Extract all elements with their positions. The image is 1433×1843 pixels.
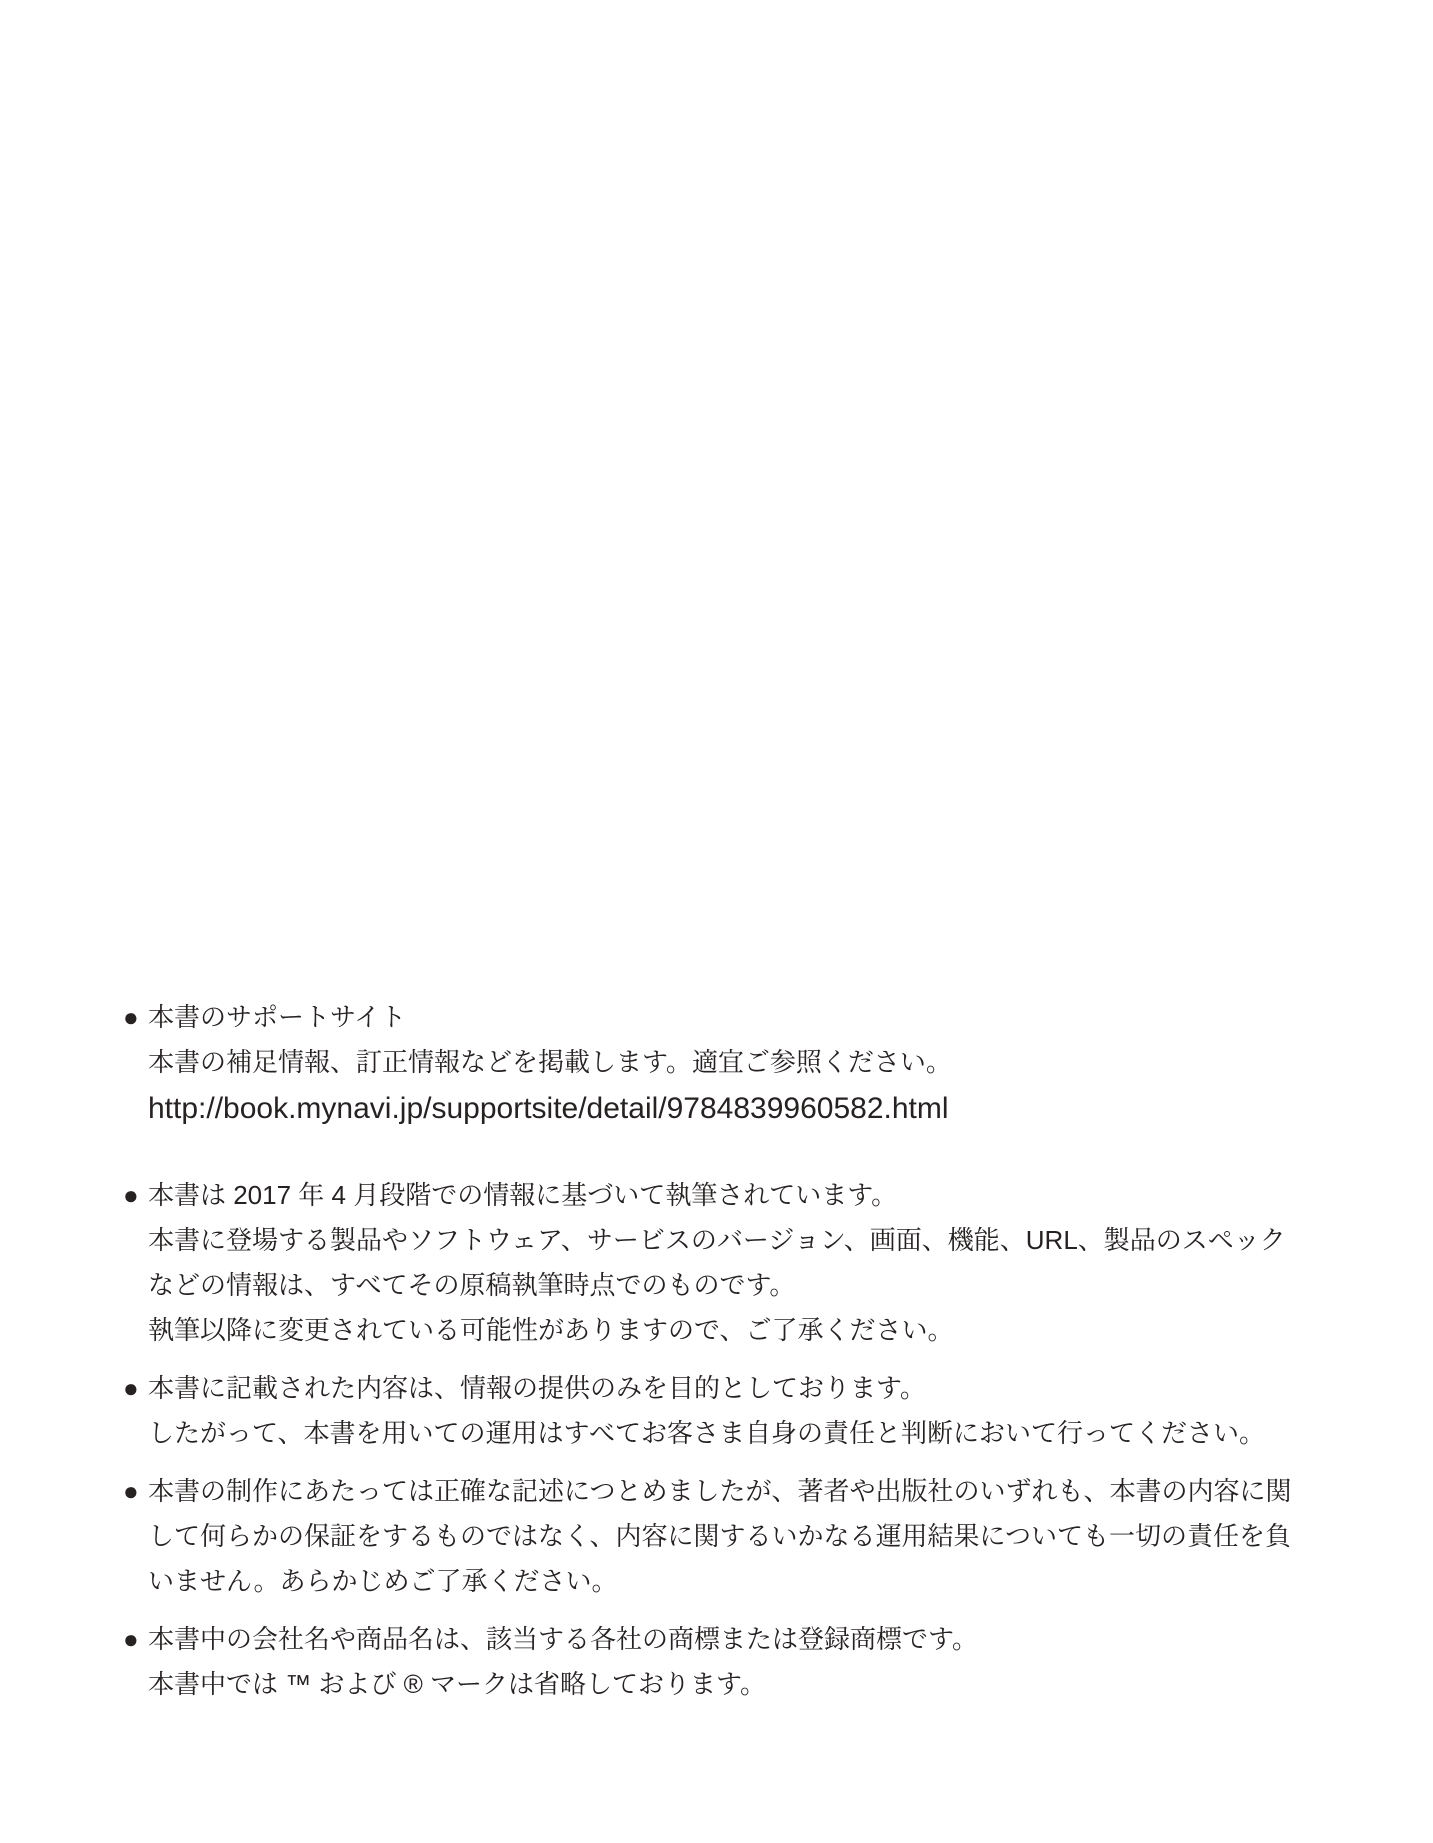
notes-block: ● 本書のサポートサイト 本書の補足情報、訂正情報などを掲載します。適宜ご参照く… [123, 995, 1393, 1720]
note-line: 本書に登場する製品やソフトウェア、サービスのバージョン、画面、機能、URL、製品… [148, 1218, 1393, 1263]
note-line: して何らかの保証をするものではなく、内容に関するいかなる運用結果についても一切の… [148, 1514, 1393, 1559]
bullet-icon: ● [123, 1366, 148, 1411]
bullet-icon: ● [123, 1617, 148, 1662]
note-section-support-site: ● 本書のサポートサイト 本書の補足情報、訂正情報などを掲載します。適宜ご参照く… [123, 995, 1393, 1133]
bullet-icon: ● [123, 1173, 148, 1218]
note-line: いません。あらかじめご了承ください。 [148, 1559, 1393, 1604]
note-section-info-date: ● 本書は 2017 年 4 月段階での情報に基づいて執筆されています。 本書に… [123, 1173, 1393, 1353]
note-line: 本書の補足情報、訂正情報などを掲載します。適宜ご参照ください。 [148, 1040, 1393, 1085]
note-title: 本書に記載された内容は、情報の提供のみを目的としております。 [148, 1366, 1393, 1411]
note-title: 本書は 2017 年 4 月段階での情報に基づいて執筆されています。 [148, 1173, 1393, 1218]
bullet-icon: ● [123, 995, 148, 1040]
note-line: 執筆以降に変更されている可能性がありますので、ご了承ください。 [148, 1308, 1393, 1353]
note-section-purpose: ● 本書に記載された内容は、情報の提供のみを目的としております。 したがって、本… [123, 1366, 1393, 1456]
note-line: したがって、本書を用いての運用はすべてお客さま自身の責任と判断において行ってくだ… [148, 1411, 1393, 1456]
note-title: 本書中の会社名や商品名は、該当する各社の商標または登録商標です。 [148, 1617, 1393, 1662]
note-title: 本書のサポートサイト [148, 995, 1393, 1040]
note-title: 本書の制作にあたっては正確な記述につとめましたが、著者や出版社のいずれも、本書の… [148, 1469, 1393, 1514]
support-site-url: http://book.mynavi.jp/supportsite/detail… [148, 1085, 1393, 1133]
book-colophon-page: ● 本書のサポートサイト 本書の補足情報、訂正情報などを掲載します。適宜ご参照く… [0, 0, 1433, 1843]
note-line: などの情報は、すべてその原稿執筆時点でのものです。 [148, 1263, 1393, 1308]
note-section-liability: ● 本書の制作にあたっては正確な記述につとめましたが、著者や出版社のいずれも、本… [123, 1469, 1393, 1604]
note-section-trademarks: ● 本書中の会社名や商品名は、該当する各社の商標または登録商標です。 本書中では… [123, 1617, 1393, 1707]
bullet-icon: ● [123, 1469, 148, 1514]
note-line: 本書中では ™ および ® マークは省略しております。 [148, 1662, 1393, 1707]
